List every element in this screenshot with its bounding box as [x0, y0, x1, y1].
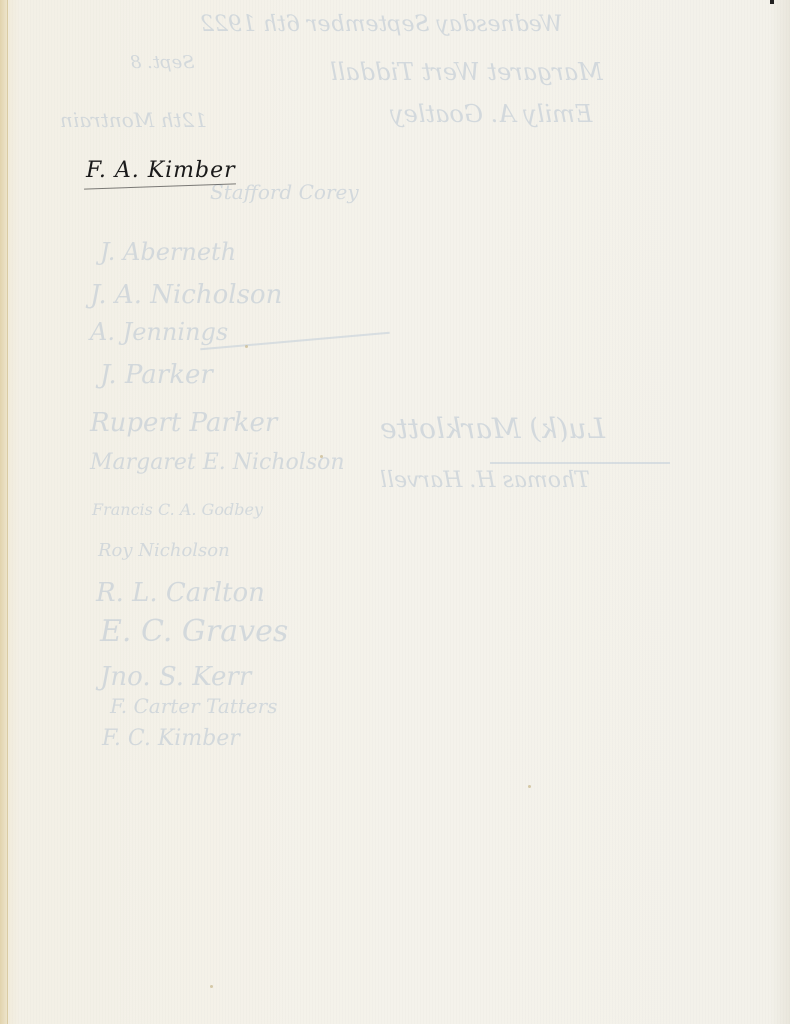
paper-speck — [528, 785, 531, 788]
bleed-entry: Rupert Parker — [90, 408, 277, 438]
bleed-entry: J. A. Nicholson — [90, 280, 282, 310]
bleed-entry: Emily A. Goatley — [390, 100, 592, 128]
paper-speck — [320, 455, 323, 458]
scan-mark — [770, 0, 774, 4]
paper-speck — [210, 985, 213, 988]
bleed-entry: F. Carter Tatters — [110, 694, 278, 718]
bleed-entry: Sept. 8 — [130, 52, 195, 73]
bleed-entry: Roy Nicholson — [98, 540, 230, 561]
gutter-line — [7, 0, 8, 1024]
bleed-entry: J. Aberneth — [100, 238, 236, 266]
bleed-entry: A. Jennings — [90, 318, 228, 346]
bleed-entry: Francis C. A. Godbey — [92, 500, 263, 519]
bleed-entry: Margaret E. Nicholson — [90, 450, 345, 475]
bleed-entry: R. L. Carlton — [96, 578, 265, 608]
bleed-entry: Margaret Wert Tiddall — [330, 58, 603, 86]
bleed-underline — [200, 332, 389, 351]
bleed-entry: F. C. Kimber — [102, 726, 240, 751]
bleed-entry: Lu(k) Marklotte — [380, 412, 605, 445]
paper-speck — [245, 345, 248, 348]
bleed-entry: 12th Montrain — [60, 108, 207, 132]
bleed-underline — [490, 462, 670, 464]
bleed-header-date: Wednesday September 6th 1922 — [200, 12, 563, 37]
autograph-page: Wednesday September 6th 1922 Margaret We… — [0, 0, 790, 1024]
bleed-entry: E. C. Graves — [100, 614, 288, 649]
ink-signature: F. A. Kimber — [86, 158, 236, 183]
bleed-entry: Jno. S. Kerr — [100, 662, 251, 692]
bleed-entry: J. Parker — [100, 360, 213, 390]
bleed-entry: Thomas H. Harvell — [380, 468, 590, 493]
